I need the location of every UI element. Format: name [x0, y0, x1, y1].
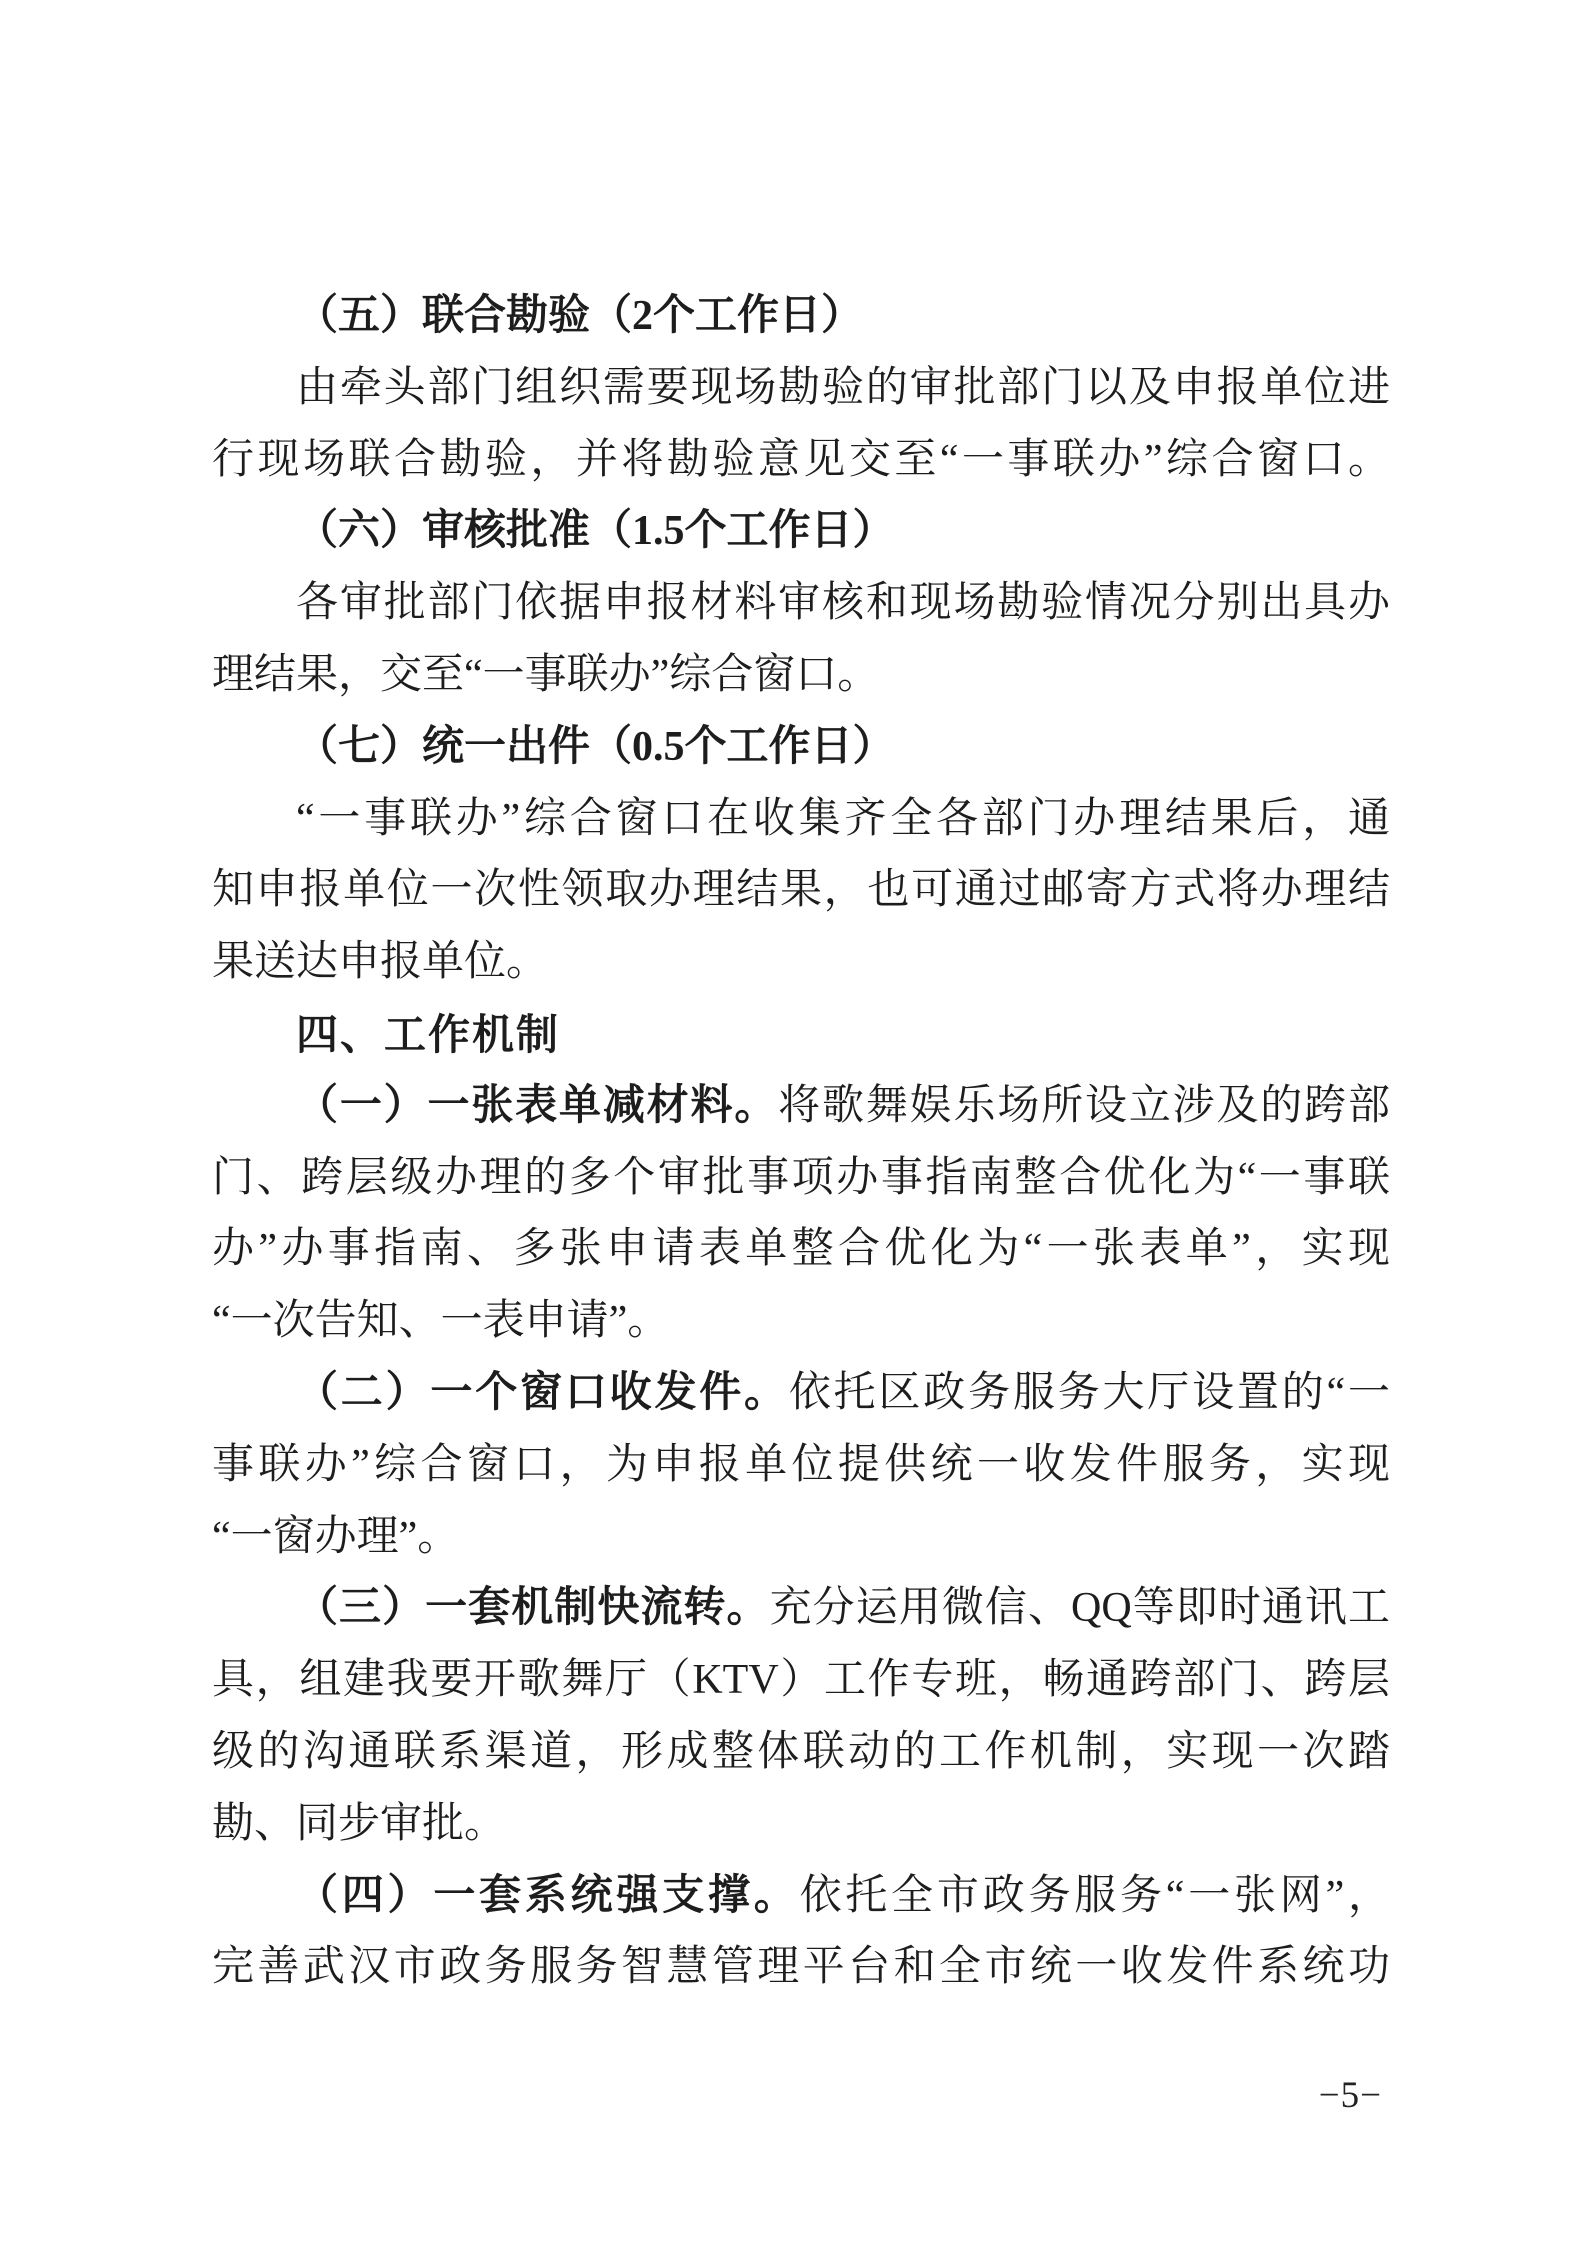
page-number: −5−	[212, 2072, 1382, 2120]
text-line: 级的沟通联系渠道，形成整体联动的工作机制，实现一次踏	[212, 1717, 1390, 1789]
text-line: （一）一张表单减材料。将歌舞娱乐场所设立涉及的跨部	[212, 1071, 1390, 1143]
text-line: 四、工作机制	[212, 999, 1390, 1071]
text-line: （六）审核批准（1.5个工作日）	[212, 496, 1390, 568]
text-line: 具，组建我要开歌舞厅（KTV）工作专班，畅通跨部门、跨层	[212, 1645, 1390, 1717]
text-line: “一窗办理”。	[212, 1502, 1390, 1574]
line-text: 充分运用微信、QQ等即时通讯工	[770, 1585, 1390, 1631]
line-text: 理结果，交至“一事联办”综合窗口。	[212, 652, 879, 698]
line-text: 级的沟通联系渠道，形成整体联动的工作机制，实现一次踏	[212, 1729, 1390, 1775]
line-text: 四、工作机制	[296, 1011, 560, 1058]
text-line: 门、跨层级办理的多个审批事项办事指南整合优化为“一事联	[212, 1143, 1390, 1215]
text-line: 理结果，交至“一事联办”综合窗口。	[212, 640, 1390, 712]
line-text: “一事联办”综合窗口在收集齐全各部门办理结果后，通	[296, 796, 1390, 842]
text-line: 果送达申报单位。	[212, 927, 1390, 999]
text-line: （五）联合勘验（2个工作日）	[212, 281, 1390, 353]
text-line: 勘、同步审批。	[212, 1789, 1390, 1861]
line-text: （六）审核批准（1.5个工作日）	[296, 508, 895, 554]
text-line: 各审批部门依据申报材料审核和现场勘验情况分别出具办	[212, 568, 1390, 640]
line-text: 由牵头部门组织需要现场勘验的审批部门以及申报单位进	[296, 365, 1390, 411]
text-line: 由牵头部门组织需要现场勘验的审批部门以及申报单位进	[212, 353, 1390, 425]
text-line: （三）一套机制快流转。充分运用微信、QQ等即时通讯工	[212, 1573, 1390, 1645]
line-text: （七）统一出件（0.5个工作日）	[296, 724, 895, 770]
line-text: “一次告知、一表申请”。	[212, 1298, 669, 1344]
line-text: （五）联合勘验（2个工作日）	[296, 293, 863, 339]
text-line: 完善武汉市政务服务智慧管理平台和全市统一收发件系统功	[212, 1932, 1390, 2004]
text-line: 办”办事指南、多张申请表单整合优化为“一张表单”，实现	[212, 1214, 1390, 1286]
line-text: 知申报单位一次性领取办理结果，也可通过邮寄方式将办理结	[212, 867, 1390, 913]
line-text: 事联办”综合窗口，为申报单位提供统一收发件服务，实现	[212, 1442, 1390, 1488]
bold-lead-text: （一）一张表单减材料。	[296, 1083, 778, 1129]
line-text: 办”办事指南、多张申请表单整合优化为“一张表单”，实现	[212, 1226, 1390, 1272]
document-page: （五）联合勘验（2个工作日）由牵头部门组织需要现场勘验的审批部门以及申报单位进行…	[0, 0, 1587, 2245]
line-text: 果送达申报单位。	[212, 939, 548, 985]
line-text: “一窗办理”。	[212, 1514, 459, 1560]
bold-lead-text: （四）一套系统强支撑。	[296, 1873, 800, 1919]
text-line: 知申报单位一次性领取办理结果，也可通过邮寄方式将办理结	[212, 855, 1390, 927]
line-text: 完善武汉市政务服务智慧管理平台和全市统一收发件系统功	[212, 1944, 1390, 1990]
text-line: 行现场联合勘验，并将勘验意见交至“一事联办”综合窗口。	[212, 425, 1390, 497]
text-line: “一事联办”综合窗口在收集齐全各部门办理结果后，通	[212, 784, 1390, 856]
line-text: 勘、同步审批。	[212, 1801, 506, 1847]
text-line: （二）一个窗口收发件。依托区政务服务大厅设置的“一	[212, 1358, 1390, 1430]
line-text: 各审批部门依据申报材料审核和现场勘验情况分别出具办	[296, 580, 1390, 626]
text-line: 事联办”综合窗口，为申报单位提供统一收发件服务，实现	[212, 1430, 1390, 1502]
line-text: 依托区政务服务大厅设置的“一	[789, 1370, 1390, 1416]
document-body: （五）联合勘验（2个工作日）由牵头部门组织需要现场勘验的审批部门以及申报单位进行…	[212, 281, 1390, 2004]
text-line: （四）一套系统强支撑。依托全市政务服务“一张网”，	[212, 1861, 1390, 1933]
line-text: 行现场联合勘验，并将勘验意见交至“一事联办”综合窗口。	[212, 437, 1390, 483]
line-text: 依托全市政务服务“一张网”，	[800, 1873, 1390, 1919]
bold-lead-text: （二）一个窗口收发件。	[296, 1370, 789, 1416]
line-text: 将歌舞娱乐场所设立涉及的跨部	[778, 1083, 1390, 1129]
line-text: 门、跨层级办理的多个审批事项办事指南整合优化为“一事联	[212, 1155, 1390, 1201]
bold-lead-text: （三）一套机制快流转。	[296, 1585, 770, 1631]
text-line: （七）统一出件（0.5个工作日）	[212, 712, 1390, 784]
line-text: 具，组建我要开歌舞厅（KTV）工作专班，畅通跨部门、跨层	[212, 1657, 1390, 1703]
text-line: “一次告知、一表申请”。	[212, 1286, 1390, 1358]
